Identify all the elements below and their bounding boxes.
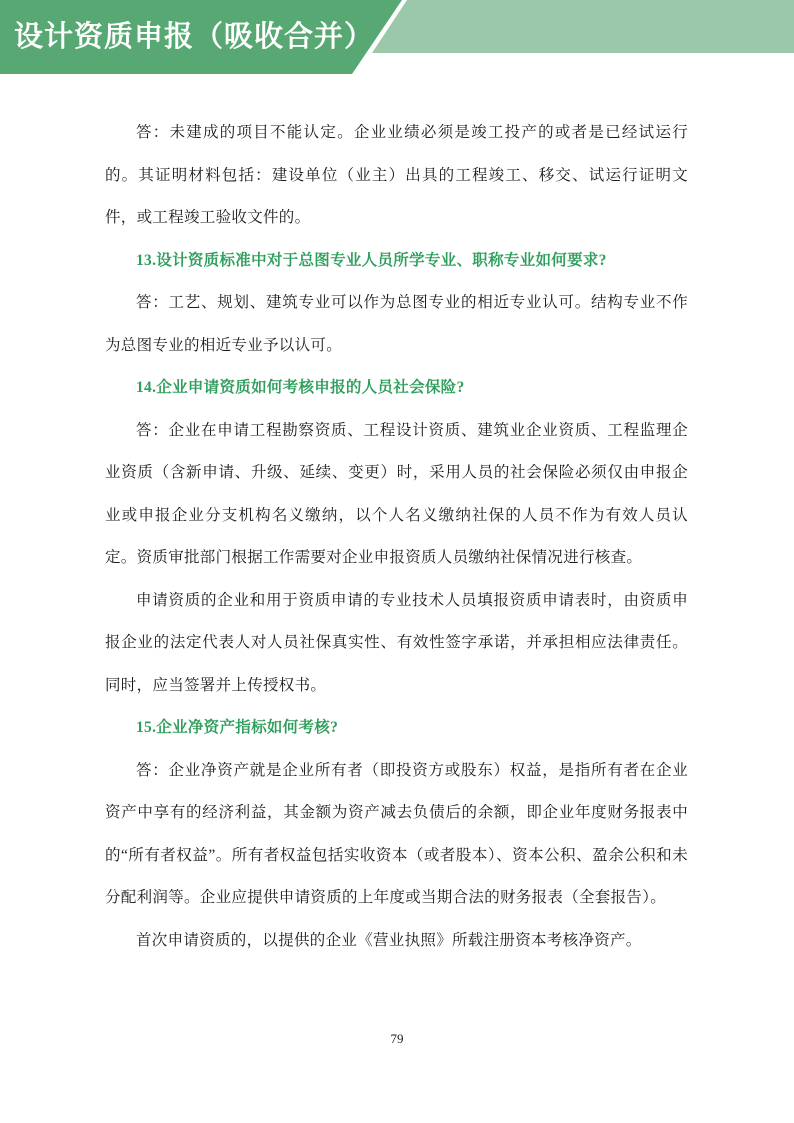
question-heading-15: 15.企业净资产指标如何考核? [105,707,688,750]
answer-paragraph-14-b: 申请资质的企业和用于资质申请的专业技术人员填报资质申请表时，由资质申报企业的法定… [105,580,688,708]
header-accent-band [372,0,794,53]
question-heading-14: 14.企业申请资质如何考核申报的人员社会保险? [105,367,688,410]
page-title: 设计资质申报（吸收合并） [14,0,374,74]
answer-paragraph-13: 答：工艺、规划、建筑专业可以作为总图专业的相近专业认可。结构专业不作为总图专业的… [105,282,688,367]
answer-paragraph-12: 答：未建成的项目不能认定。企业业绩必须是竣工投产的或者是已经试运行的。其证明材料… [105,112,688,240]
question-heading-13: 13.设计资质标准中对于总图专业人员所学专业、职称专业如何要求? [105,240,688,283]
document-page: 设计资质申报（吸收合并） 答：未建成的项目不能认定。企业业绩必须是竣工投产的或者… [0,0,794,1123]
answer-paragraph-14-a: 答：企业在申请工程勘察资质、工程设计资质、建筑业企业资质、工程监理企业资质（含新… [105,410,688,580]
header-banner: 设计资质申报（吸收合并） [0,0,402,74]
document-content: 答：未建成的项目不能认定。企业业绩必须是竣工投产的或者是已经试运行的。其证明材料… [105,112,688,962]
answer-paragraph-15-a: 答：企业净资产就是企业所有者（即投资方或股东）权益，是指所有者在企业资产中享有的… [105,750,688,920]
answer-paragraph-15-b: 首次申请资质的，以提供的企业《营业执照》所载注册资本考核净资产。 [105,920,688,963]
page-number: 79 [0,1031,794,1047]
